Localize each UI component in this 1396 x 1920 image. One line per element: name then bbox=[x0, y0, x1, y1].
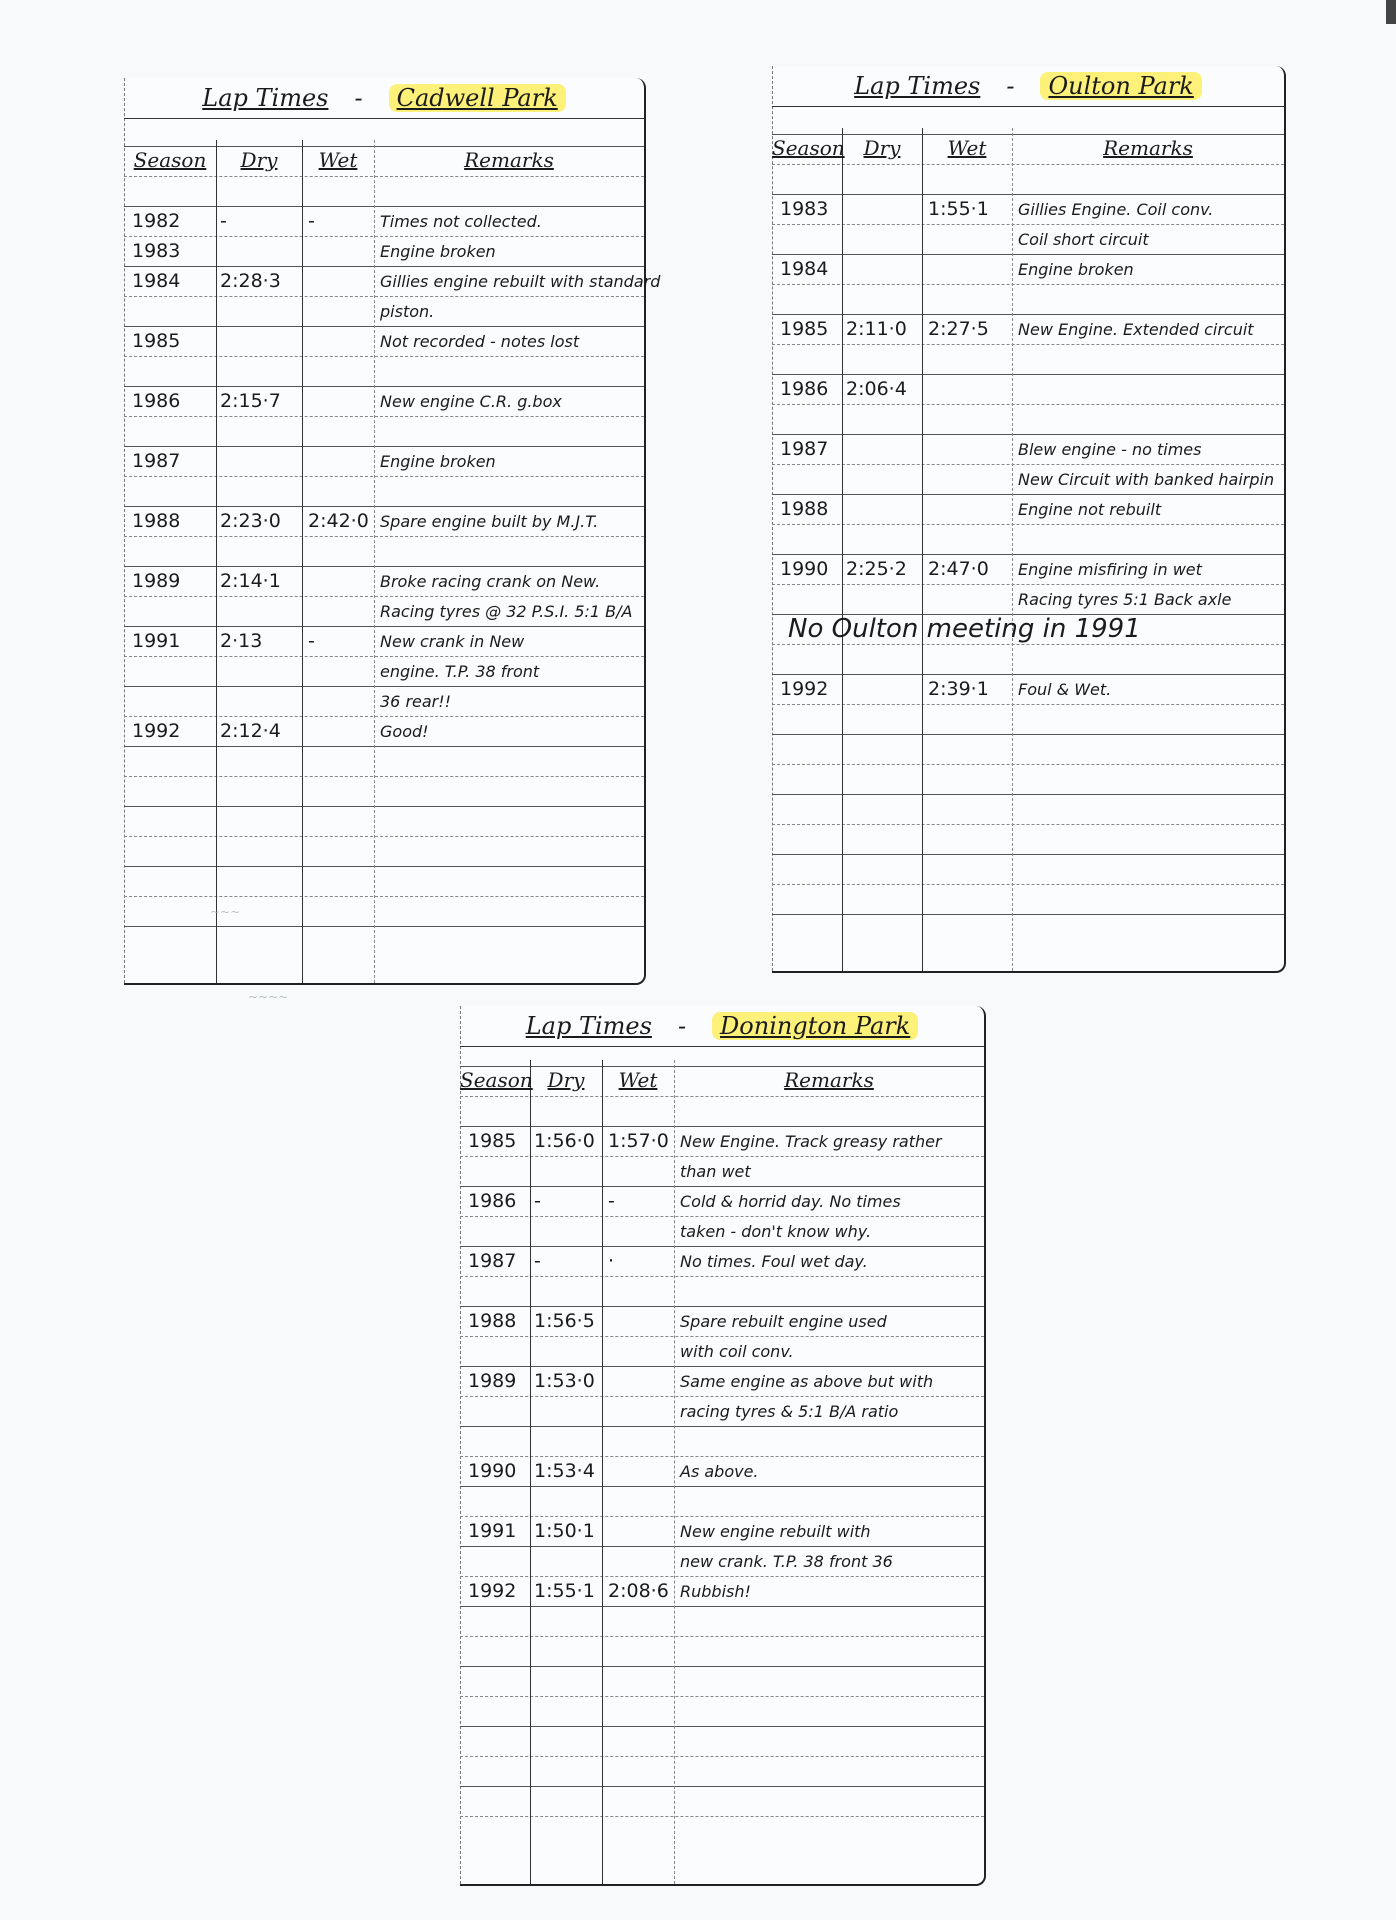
ruled-line bbox=[772, 524, 1284, 525]
ruled-line bbox=[124, 176, 644, 177]
column-header-wet: Wet bbox=[302, 148, 374, 172]
ruled-line bbox=[460, 1576, 984, 1577]
remark-line: Gillies engine rebuilt with standard bbox=[380, 272, 660, 291]
circuit-name-highlighted: Oulton Park bbox=[1040, 72, 1201, 100]
dry-time-cell: 2:14·1 bbox=[220, 570, 281, 592]
season-cell: 1983 bbox=[780, 198, 828, 220]
season-cell: 1985 bbox=[780, 318, 828, 340]
remark-line: Rubbish! bbox=[680, 1582, 751, 1601]
ruled-line bbox=[772, 674, 1284, 675]
season-cell: 1990 bbox=[780, 558, 828, 580]
ruled-line bbox=[772, 254, 1284, 255]
wet-time-cell: 2:42·0 bbox=[308, 510, 369, 532]
ruled-line bbox=[124, 326, 644, 327]
column-header-remarks: Remarks bbox=[674, 1068, 984, 1092]
ruled-line bbox=[124, 536, 644, 537]
ruled-line bbox=[460, 1096, 984, 1097]
remark-line: Engine misfiring in wet bbox=[1018, 560, 1202, 579]
ruled-line bbox=[124, 626, 644, 627]
ruled-line bbox=[460, 1216, 984, 1217]
ruled-line bbox=[460, 1786, 984, 1787]
circuit-name-highlighted: Donington Park bbox=[712, 1012, 918, 1040]
ruled-line bbox=[124, 236, 644, 237]
ruled-line bbox=[460, 1066, 984, 1067]
season-cell: 1982 bbox=[132, 210, 180, 232]
ruled-line bbox=[124, 596, 644, 597]
ruled-line bbox=[124, 446, 644, 447]
remark-line: Good! bbox=[380, 722, 429, 741]
card-title: Lap Times-Cadwell Park bbox=[124, 78, 644, 119]
ruled-line bbox=[460, 1156, 984, 1157]
ruled-line bbox=[124, 476, 644, 477]
season-cell: 1992 bbox=[468, 1580, 516, 1602]
dry-time-cell: - bbox=[534, 1190, 541, 1212]
dry-time-cell: - bbox=[220, 210, 227, 232]
column-divider bbox=[216, 140, 217, 983]
season-cell: 1988 bbox=[132, 510, 180, 532]
ruled-line bbox=[772, 794, 1284, 795]
column-divider bbox=[842, 128, 843, 971]
ruled-line bbox=[460, 1696, 984, 1697]
ruled-line bbox=[772, 584, 1284, 585]
ruled-line bbox=[124, 356, 644, 357]
ruled-line bbox=[124, 746, 644, 747]
ruled-line bbox=[772, 314, 1284, 315]
remark-line: Same engine as above but with bbox=[680, 1372, 933, 1391]
ruled-line bbox=[772, 824, 1284, 825]
column-header-wet: Wet bbox=[602, 1068, 674, 1092]
lap-times-card-oulton-park: Lap Times-Oulton ParkSeasonDryWetRemarks… bbox=[772, 66, 1286, 973]
scan-edge-mark bbox=[1386, 0, 1396, 24]
title-dash: - bbox=[1006, 72, 1014, 100]
column-header-season: Season bbox=[124, 148, 216, 172]
dry-time-cell: 2:06·4 bbox=[846, 378, 907, 400]
remark-line: New Engine. Extended circuit bbox=[1018, 320, 1254, 339]
ruled-line bbox=[772, 134, 1284, 135]
column-divider bbox=[374, 140, 375, 983]
ruled-line bbox=[124, 296, 644, 297]
ruled-line bbox=[124, 386, 644, 387]
remark-line: New engine C.R. g.box bbox=[380, 392, 562, 411]
remark-line: Spare engine built by M.J.T. bbox=[380, 512, 598, 531]
ruled-line bbox=[460, 1816, 984, 1817]
ruled-line bbox=[772, 404, 1284, 405]
ruled-line bbox=[460, 1546, 984, 1547]
card-title: Lap Times-Donington Park bbox=[460, 1006, 984, 1047]
wet-time-cell: 2:47·0 bbox=[928, 558, 989, 580]
card-left-rule bbox=[460, 1006, 461, 1884]
remark-line: Racing tyres 5:1 Back axle bbox=[1018, 590, 1231, 609]
remark-line: than wet bbox=[680, 1162, 751, 1181]
wet-time-cell: 1:55·1 bbox=[928, 198, 989, 220]
ruled-line bbox=[124, 686, 644, 687]
ruled-line bbox=[772, 704, 1284, 705]
column-divider bbox=[1012, 128, 1013, 971]
season-cell: 1984 bbox=[132, 270, 180, 292]
ruled-line bbox=[460, 1306, 984, 1307]
dry-time-cell: 2:11·0 bbox=[846, 318, 907, 340]
ruled-line bbox=[772, 764, 1284, 765]
ruled-line bbox=[460, 1456, 984, 1457]
ruled-line bbox=[460, 1756, 984, 1757]
title-label: Lap Times bbox=[854, 72, 980, 100]
remark-line: piston. bbox=[380, 302, 434, 321]
ruled-line bbox=[772, 554, 1284, 555]
remark-line: new crank. T.P. 38 front 36 bbox=[680, 1552, 893, 1571]
season-cell: 1991 bbox=[132, 630, 180, 652]
wet-time-cell: - bbox=[308, 210, 315, 232]
season-cell: 1989 bbox=[132, 570, 180, 592]
lap-times-card-cadwell-park: Lap Times-Cadwell ParkSeasonDryWetRemark… bbox=[124, 78, 646, 985]
column-header-remarks: Remarks bbox=[374, 148, 644, 172]
season-cell: 1991 bbox=[468, 1520, 516, 1542]
remark-line: racing tyres & 5:1 B/A ratio bbox=[680, 1402, 898, 1421]
ruled-line bbox=[772, 644, 1284, 645]
dry-time-cell: 2:25·2 bbox=[846, 558, 907, 580]
column-header-dry: Dry bbox=[216, 148, 302, 172]
column-header-season: Season bbox=[772, 136, 842, 160]
dry-time-cell: 2:23·0 bbox=[220, 510, 281, 532]
ruled-line bbox=[460, 1636, 984, 1637]
ruled-line bbox=[124, 656, 644, 657]
dry-time-cell: 1:53·4 bbox=[534, 1460, 595, 1482]
dry-time-cell: 1:53·0 bbox=[534, 1370, 595, 1392]
remark-line: Broke racing crank on New. bbox=[380, 572, 600, 591]
remark-line: taken - don't know why. bbox=[680, 1222, 871, 1241]
wet-time-cell: 2:27·5 bbox=[928, 318, 989, 340]
ruled-line bbox=[772, 344, 1284, 345]
ruled-line bbox=[772, 494, 1284, 495]
title-label: Lap Times bbox=[526, 1012, 652, 1040]
circuit-name-highlighted: Cadwell Park bbox=[389, 84, 566, 112]
ruled-line bbox=[124, 806, 644, 807]
ruled-line bbox=[460, 1366, 984, 1367]
ruled-line bbox=[460, 1606, 984, 1607]
ruled-line bbox=[772, 884, 1284, 885]
remark-line: Gillies Engine. Coil conv. bbox=[1018, 200, 1213, 219]
season-cell: 1984 bbox=[780, 258, 828, 280]
dry-time-cell: 1:50·1 bbox=[534, 1520, 595, 1542]
ruled-line bbox=[772, 194, 1284, 195]
season-cell: 1987 bbox=[132, 450, 180, 472]
ruled-line bbox=[460, 1336, 984, 1337]
remark-line: Coil short circuit bbox=[1018, 230, 1149, 249]
season-cell: 1986 bbox=[132, 390, 180, 412]
remark-line: Cold & horrid day. No times bbox=[680, 1192, 901, 1211]
ruled-line bbox=[124, 896, 644, 897]
dry-time-cell: 2:12·4 bbox=[220, 720, 281, 742]
remark-line: Blew engine - no times bbox=[1018, 440, 1201, 459]
card-title: Lap Times-Oulton Park bbox=[772, 66, 1284, 107]
ruled-line bbox=[460, 1246, 984, 1247]
season-cell: 1987 bbox=[780, 438, 828, 460]
ruled-line bbox=[460, 1666, 984, 1667]
remark-line: Engine not rebuilt bbox=[1018, 500, 1161, 519]
column-header-remarks: Remarks bbox=[1012, 136, 1284, 160]
column-divider bbox=[602, 1060, 603, 1884]
ruled-line bbox=[772, 224, 1284, 225]
remark-line: New engine rebuilt with bbox=[680, 1522, 871, 1541]
title-label: Lap Times bbox=[202, 84, 328, 112]
season-cell: 1986 bbox=[468, 1190, 516, 1212]
remark-line: Times not collected. bbox=[380, 212, 542, 231]
ruled-line bbox=[772, 734, 1284, 735]
remark-line: New crank in New bbox=[380, 632, 524, 651]
ruled-line bbox=[460, 1486, 984, 1487]
ruled-line bbox=[460, 1126, 984, 1127]
wet-time-cell: 2:39·1 bbox=[928, 678, 989, 700]
ruled-line bbox=[772, 164, 1284, 165]
season-cell: 1992 bbox=[780, 678, 828, 700]
column-header-season: Season bbox=[460, 1068, 530, 1092]
remark-line: 36 rear!! bbox=[380, 692, 451, 711]
season-cell: 1992 bbox=[132, 720, 180, 742]
ruled-line bbox=[772, 374, 1284, 375]
ruled-line bbox=[124, 506, 644, 507]
season-cell: 1988 bbox=[468, 1310, 516, 1332]
ruled-line bbox=[124, 266, 644, 267]
wet-time-cell: - bbox=[308, 630, 315, 652]
remark-line: New Engine. Track greasy rather bbox=[680, 1132, 942, 1151]
season-cell: 1985 bbox=[132, 330, 180, 352]
ruled-line bbox=[124, 206, 644, 207]
ruled-line bbox=[124, 926, 644, 927]
remark-line: Spare rebuilt engine used bbox=[680, 1312, 887, 1331]
title-dash: - bbox=[354, 84, 362, 112]
ruled-line bbox=[460, 1276, 984, 1277]
dry-time-cell: 2:28·3 bbox=[220, 270, 281, 292]
remark-line: No times. Foul wet day. bbox=[680, 1252, 868, 1271]
ruled-line bbox=[124, 776, 644, 777]
column-header-dry: Dry bbox=[530, 1068, 602, 1092]
smudge-mark: ~~~~ bbox=[248, 990, 288, 1004]
remark-line: Racing tyres @ 32 P.S.I. 5:1 B/A bbox=[380, 602, 632, 621]
ruled-line bbox=[772, 464, 1284, 465]
remark-line: Engine broken bbox=[380, 242, 496, 261]
dry-time-cell: - bbox=[534, 1250, 541, 1272]
season-cell: 1985 bbox=[468, 1130, 516, 1152]
smudge-mark: ~~~ bbox=[210, 905, 240, 919]
season-cell: 1989 bbox=[468, 1370, 516, 1392]
dry-time-cell: 1:55·1 bbox=[534, 1580, 595, 1602]
dry-time-cell: 2:15·7 bbox=[220, 390, 281, 412]
remark-line: Engine broken bbox=[380, 452, 496, 471]
title-dash: - bbox=[678, 1012, 686, 1040]
ruled-line bbox=[124, 416, 644, 417]
ruled-line bbox=[772, 914, 1284, 915]
ruled-line bbox=[460, 1426, 984, 1427]
column-divider bbox=[302, 140, 303, 983]
remark-line: Foul & Wet. bbox=[1018, 680, 1111, 699]
remark-line: New Circuit with banked hairpin bbox=[1018, 470, 1274, 489]
ruled-line bbox=[772, 434, 1284, 435]
wet-time-cell: 2:08·6 bbox=[608, 1580, 669, 1602]
column-divider bbox=[922, 128, 923, 971]
ruled-line bbox=[460, 1396, 984, 1397]
season-cell: 1987 bbox=[468, 1250, 516, 1272]
column-header-dry: Dry bbox=[842, 136, 922, 160]
card-left-rule bbox=[772, 66, 773, 971]
column-divider bbox=[674, 1060, 675, 1884]
ruled-line bbox=[772, 284, 1284, 285]
dry-time-cell: 1:56·5 bbox=[534, 1310, 595, 1332]
season-cell: 1986 bbox=[780, 378, 828, 400]
remark-line: Engine broken bbox=[1018, 260, 1134, 279]
wet-time-cell: - bbox=[608, 1190, 615, 1212]
remark-line: engine. T.P. 38 front bbox=[380, 662, 539, 681]
ruled-line bbox=[460, 1186, 984, 1187]
column-divider bbox=[530, 1060, 531, 1884]
ruled-line bbox=[124, 566, 644, 567]
dry-time-cell: 1:56·0 bbox=[534, 1130, 595, 1152]
column-header-wet: Wet bbox=[922, 136, 1012, 160]
ruled-line bbox=[124, 866, 644, 867]
ruled-line bbox=[124, 146, 644, 147]
season-cell: 1990 bbox=[468, 1460, 516, 1482]
ruled-line bbox=[124, 716, 644, 717]
season-cell: 1983 bbox=[132, 240, 180, 262]
lap-times-card-donington-park: Lap Times-Donington ParkSeasonDryWetRema… bbox=[460, 1006, 986, 1886]
ruled-line bbox=[124, 836, 644, 837]
wet-time-cell: · bbox=[608, 1250, 614, 1272]
ruled-line bbox=[460, 1516, 984, 1517]
wet-time-cell: 1:57·0 bbox=[608, 1130, 669, 1152]
remark-line: Not recorded - notes lost bbox=[380, 332, 579, 351]
dry-time-cell: 2·13 bbox=[220, 630, 262, 652]
remark-line: As above. bbox=[680, 1462, 759, 1481]
season-cell: 1988 bbox=[780, 498, 828, 520]
card-left-rule bbox=[124, 78, 125, 983]
note-no-meeting: No Oulton meeting in 1991 bbox=[788, 614, 1141, 644]
ruled-line bbox=[460, 1726, 984, 1727]
ruled-line bbox=[772, 854, 1284, 855]
remark-line: with coil conv. bbox=[680, 1342, 794, 1361]
